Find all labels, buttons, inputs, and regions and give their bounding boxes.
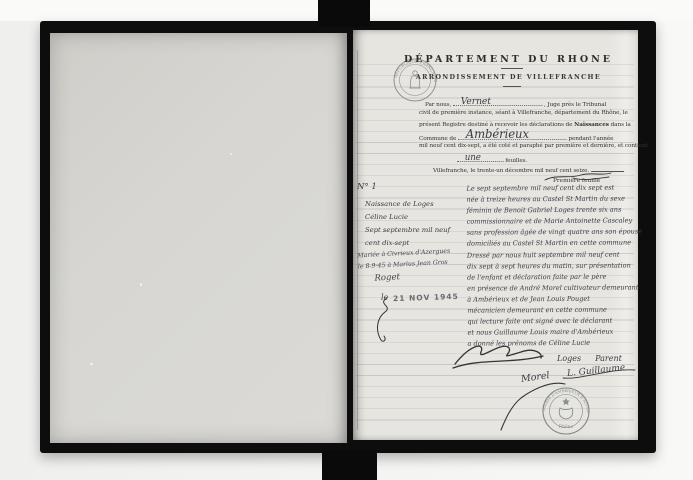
handwritten-blank: Ambérieux <box>458 132 567 140</box>
spine-tab-top <box>318 0 370 27</box>
paper-speck <box>140 283 142 286</box>
date-stamp: 21 NOV 1945 <box>393 292 459 303</box>
divider <box>501 68 523 69</box>
department-title: DÉPARTEMENT DU RHONE <box>393 54 624 65</box>
margin-line: Naissance de Loges <box>365 200 450 213</box>
arrondissement-title: ARRONDISSEMENT DE VILLEFRANCHE <box>393 74 624 81</box>
print-text: pendant l'année <box>568 136 613 142</box>
print-text: , Juge près le Tribunal <box>544 102 606 108</box>
mairie-amberieux-stamp-icon: MAIRIE D'AMBERIEUX D'AZERGUES Rhône <box>541 386 591 436</box>
print-text: dans la <box>611 122 631 128</box>
print-text: Commune de <box>419 136 456 142</box>
preamble-line-5: mil neuf cent dix-sept, a été coté et pa… <box>419 143 648 149</box>
blank-left-page <box>50 33 347 443</box>
handwritten-blank: Vernet <box>453 98 542 106</box>
print-text: Par nous, <box>425 102 451 108</box>
naissances-label: Naissances <box>574 121 609 128</box>
margin-line: Céline Lucie <box>365 213 450 226</box>
declarant-signature-flourish <box>451 338 547 372</box>
act-margin-title: Naissance de LogesCéline LucieSept septe… <box>365 200 450 252</box>
judge-name-handwritten: Vernet <box>461 96 491 107</box>
preamble-line-2: civil de première instance, séant à Vill… <box>419 110 628 116</box>
stamp-text: Rhône <box>559 425 574 430</box>
spine-tab-bottom <box>322 450 377 480</box>
margin-rule <box>357 50 358 430</box>
paper-speck <box>230 153 232 155</box>
mayor-signature-flourish <box>561 364 637 382</box>
act-body: Le sept septembre mil neuf cent dix sept… <box>466 183 646 351</box>
preamble-line-6: une feuilles. <box>457 154 527 164</box>
divider <box>503 86 521 87</box>
mention-signature-flourish <box>367 296 403 344</box>
preamble-line-4: Commune de Ambérieux pendant l'année <box>419 132 613 142</box>
commune-name-handwritten: Ambérieux <box>466 127 529 141</box>
register-first-leaf: RÉPUBLIQUE FRANÇAISE DÉPARTEMENT DU RHON… <box>353 30 638 440</box>
paper-speck <box>90 363 93 365</box>
marginal-mention: Mariée à Civrieux d'Azerguesle 8-9-45 à … <box>357 248 452 287</box>
scanned-register-photo: RÉPUBLIQUE FRANÇAISE DÉPARTEMENT DU RHON… <box>0 0 693 480</box>
leaf-count-handwritten: une <box>465 153 481 163</box>
signed-name: Parent <box>595 354 622 363</box>
preamble-line-1: Par nous, Vernet , Juge près le Tribunal <box>425 98 606 108</box>
margin-line: Sept septembre mil neuf <box>365 226 450 239</box>
act-number: N° 1 <box>357 182 377 192</box>
signed-name: Loges <box>557 354 581 363</box>
print-text: feuilles. <box>505 158 527 164</box>
handwritten-blank: une <box>457 154 504 162</box>
